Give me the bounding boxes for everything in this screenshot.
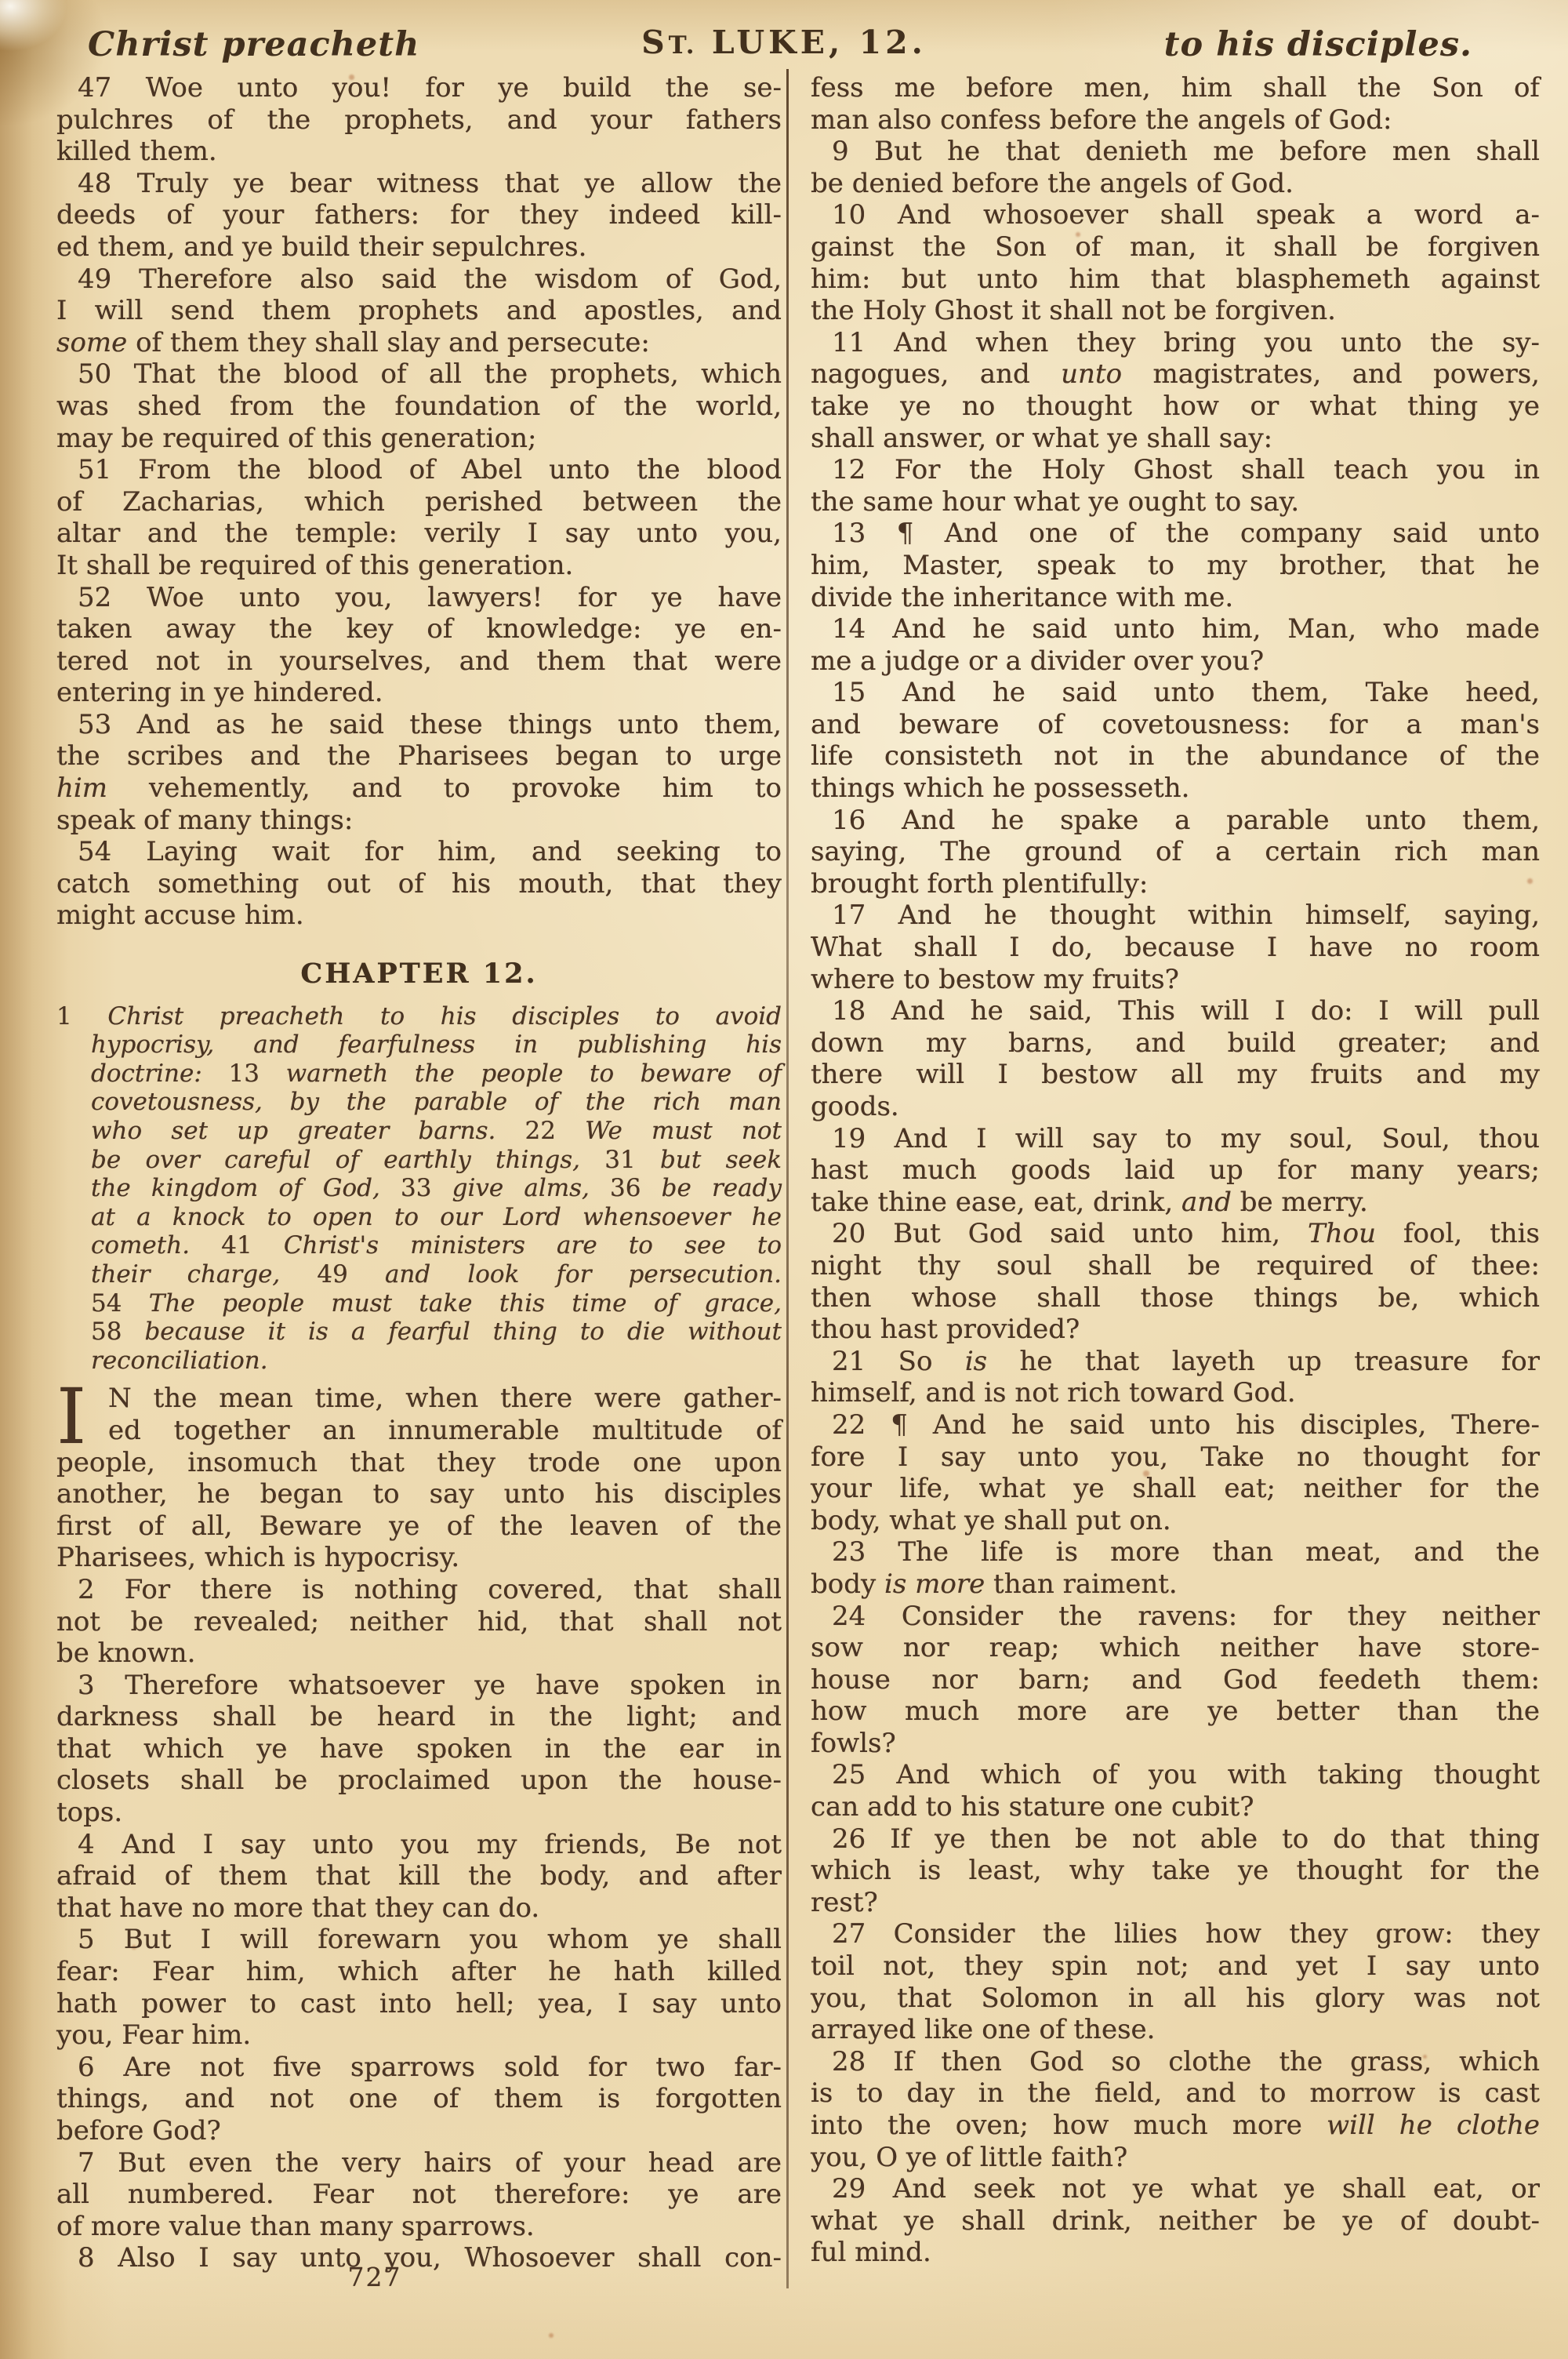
text-line: 28 If then God so clothe the grass, whic… <box>811 2046 1540 2078</box>
text-line: saying, The ground of a certain rich man <box>811 836 1540 868</box>
text-line: gainst the Son of man, it shall be forgi… <box>811 231 1540 264</box>
text-line: at a knock to open to our Lord whensoeve… <box>56 1203 782 1232</box>
text-line: 18 And he said, This will I do: I will p… <box>811 995 1540 1027</box>
text-line: 15 And he said unto them, Take heed, <box>811 677 1540 709</box>
italic-text: The people must take this time of grace, <box>149 1289 782 1318</box>
text-line: 11 And when they bring you unto the sy- <box>811 327 1540 359</box>
text-line: him vehemently, and to provoke him to <box>56 772 782 805</box>
text-line: that which ye have spoken in the ear in <box>56 1733 782 1765</box>
text-line: hath power to cast into hell; yea, I say… <box>56 1988 782 2020</box>
verse-block: 48 Truly ye bear witness that ye allow t… <box>56 168 782 264</box>
text-line: first of all, Beware ye of the leaven of… <box>56 1510 782 1543</box>
text-line: who set up greater barns. 22 We must not <box>56 1117 782 1146</box>
text-line: which is least, why take ye thought for … <box>811 1855 1540 1887</box>
italic-text: covetousness, by the parable of the rich… <box>91 1088 782 1116</box>
text-line: I will send them prophets and apostles, … <box>56 295 782 327</box>
text-line: their charge, 49 and look for persecutio… <box>56 1260 782 1289</box>
text-line: body, what ye shall put on. <box>811 1505 1540 1537</box>
text-line: the kingdom of God, 33 give alms, 36 be … <box>56 1174 782 1203</box>
text-line: 58 because it is a fearful thing to die … <box>56 1318 782 1347</box>
text-line: divide the inheritance with me. <box>811 582 1540 614</box>
page-number: 727 <box>320 2262 430 2292</box>
italic-text: Christ's ministers are to see to <box>284 1231 782 1259</box>
text-line: where to bestow my fruits? <box>811 964 1540 996</box>
verse-block: 2 For there is nothing covered, that sha… <box>56 1574 782 1670</box>
text-line: people, insomuch that they trode one upo… <box>56 1447 782 1479</box>
verse-block: 11 And when they bring you unto the sy-n… <box>811 327 1540 454</box>
verse-block: 10 And whosoever shall speak a word a-ga… <box>811 199 1540 326</box>
text-line: reconciliation. <box>56 1347 782 1376</box>
text-line: 6 Are not five sparrows sold for two far… <box>56 2052 782 2084</box>
italic-text: and <box>1181 1187 1232 1218</box>
text-line: thou hast provided? <box>811 1314 1540 1346</box>
text-line: 49 Therefore also said the wisdom of God… <box>56 264 782 296</box>
text-line: 48 Truly ye bear witness that ye allow t… <box>56 168 782 200</box>
italic-text: at a knock to open to our Lord whensoeve… <box>91 1203 782 1231</box>
text-line: speak of many things: <box>56 805 782 837</box>
text-line: hypocrisy, and fearfulness in publishing… <box>56 1030 782 1060</box>
italic-text: Thou <box>1308 1218 1376 1249</box>
text-line: closets shall be proclaimed upon the hou… <box>56 1765 782 1797</box>
text-line: night thy soul shall be required of thee… <box>811 1250 1540 1282</box>
text-line: some of them they shall slay and persecu… <box>56 327 782 359</box>
text-line: rest? <box>811 1887 1540 1919</box>
text-line: goods. <box>811 1091 1540 1123</box>
text-line: you, that Solomon in all his glory was n… <box>811 1983 1540 2015</box>
text-line: can add to his stature one cubit? <box>811 1791 1540 1823</box>
text-line: down my barns, and build greater; and <box>811 1027 1540 1060</box>
text-line: be denied before the angels of God. <box>811 168 1540 200</box>
text-line: toil not, they spin not; and yet I say u… <box>811 1950 1540 1983</box>
drop-cap: I <box>56 1379 86 1455</box>
text-line: things, and not one of them is forgotten <box>56 2083 782 2115</box>
text-line: 13 ¶ And one of the company said unto <box>811 518 1540 550</box>
text-line: body is more than raiment. <box>811 1568 1540 1601</box>
text-line: It shall be required of this generation. <box>56 550 782 582</box>
text-line: 54 The people must take this time of gra… <box>56 1289 782 1318</box>
text-line: killed them. <box>56 136 782 168</box>
verse-block: 49 Therefore also said the wisdom of God… <box>56 264 782 359</box>
verse-block: 23 The life is more than meat, and thebo… <box>811 1536 1540 1600</box>
verse-block: 19 And I will say to my soul, Soul, thou… <box>811 1123 1540 1219</box>
verse-block: 6 Are not five sparrows sold for two far… <box>56 2052 782 2147</box>
text-line: cometh. 41 Christ's ministers are to see… <box>56 1231 782 1260</box>
text-line: that have no more that they can do. <box>56 1892 782 1925</box>
verse-block: 18 And he said, This will I do: I will p… <box>811 995 1540 1122</box>
text-line: your life, what ye shall eat; neither fo… <box>811 1473 1540 1505</box>
text-line: fore I say unto you, Take no thought for <box>811 1441 1540 1474</box>
italic-text: be ready <box>662 1174 782 1202</box>
dropcap-paragraph: IN the mean time, when there were gather… <box>56 1383 782 1574</box>
text-line: 1 Christ preacheth to his disciples to a… <box>56 1002 782 1031</box>
text-line: 4 And I say unto you my friends, Be not <box>56 1829 782 1861</box>
verse-block: 4 And I say unto you my friends, Be nota… <box>56 1829 782 1925</box>
foxing-speck <box>549 2333 554 2338</box>
text-line: 51 From the blood of Abel unto the blood <box>56 454 782 486</box>
verse-block: 54 Laying wait for him, and seeking toca… <box>56 836 782 932</box>
verse-block: 9 But he that denieth me before men shal… <box>811 136 1540 199</box>
italic-text: because it is a fearful thing to die wit… <box>144 1318 782 1346</box>
text-line: before God? <box>56 2115 782 2147</box>
text-line: fowls? <box>811 1728 1540 1760</box>
text-line: 29 And seek not ye what ye shall eat, or <box>811 2173 1540 2205</box>
text-line: ed them, and ye build their sepulchres. <box>56 231 782 264</box>
text-line: you, Fear him. <box>56 2019 782 2052</box>
running-head-center-smallcap: T. <box>669 31 697 60</box>
text-line: what ye shall drink, neither be ye of do… <box>811 2205 1540 2237</box>
text-line: 2 For there is nothing covered, that sha… <box>56 1574 782 1606</box>
italic-text: him <box>56 772 107 804</box>
italic-text: We must not <box>585 1117 782 1145</box>
text-line: 23 The life is more than meat, and the <box>811 1536 1540 1568</box>
running-head-center-rest: LUKE, 12. <box>697 24 927 61</box>
text-line: and beware of covetousness: for a man's <box>811 709 1540 741</box>
text-line: of Zacharias, which perished between the <box>56 486 782 518</box>
text-line: brought forth plentifully: <box>811 868 1540 900</box>
text-line: into the oven; how much more will he clo… <box>811 2110 1540 2142</box>
text-line: sow nor reap; which neither have store- <box>811 1632 1540 1664</box>
text-line: 25 And which of you with taking thought <box>811 1759 1540 1791</box>
text-line: him, Master, speak to my brother, that h… <box>811 550 1540 582</box>
column-right: fess me before men, him shall the Son of… <box>811 72 1540 2269</box>
verse-block: 51 From the blood of Abel unto the blood… <box>56 454 782 581</box>
text-line: himself, and is not rich toward God. <box>811 1377 1540 1409</box>
verse-block: 22 ¶ And he said unto his disciples, The… <box>811 1409 1540 1536</box>
italic-text: some <box>56 327 127 358</box>
italic-text: is more <box>884 1568 985 1600</box>
text-line: 50 That the blood of all the prophets, w… <box>56 358 782 391</box>
verse-block: 15 And he said unto them, Take heed,and … <box>811 677 1540 804</box>
text-line: the Holy Ghost it shall not be forgiven. <box>811 295 1540 327</box>
text-line: What shall I do, because I have no room <box>811 932 1540 964</box>
text-line: tops. <box>56 1797 782 1829</box>
text-line: 47 Woe unto you! for ye build the se- <box>56 72 782 104</box>
text-line: may be required of this generation; <box>56 423 782 455</box>
text-line: him: but unto him that blasphemeth again… <box>811 264 1540 296</box>
text-line: 17 And he thought within himself, saying… <box>811 900 1540 932</box>
text-line: is to day in the field, and to morrow is… <box>811 2077 1540 2110</box>
text-line: nagogues, and unto magistrates, and powe… <box>811 358 1540 391</box>
verse-block: 53 And as he said these things unto them… <box>56 709 782 836</box>
text-line: 22 ¶ And he said unto his disciples, The… <box>811 1409 1540 1441</box>
text-line: 54 Laying wait for him, and seeking to <box>56 836 782 868</box>
text-line: of more value than many sparrows. <box>56 2211 782 2243</box>
text-line: then whose shall those things be, which <box>811 1282 1540 1314</box>
column-divider-rule <box>786 69 789 2288</box>
verse-block: 26 If ye then be not able to do that thi… <box>811 1823 1540 1919</box>
text-line: be known. <box>56 1637 782 1670</box>
text-line: afraid of them that kill the body, and a… <box>56 1860 782 1892</box>
text-line: me a judge or a divider over you? <box>811 645 1540 678</box>
verse-block: 7 But even the very hairs of your head a… <box>56 2147 782 2243</box>
text-line: 14 And he said unto him, Man, who made <box>811 613 1540 645</box>
text-line: 9 But he that denieth me before men shal… <box>811 136 1540 168</box>
text-line: take ye no thought how or what thing ye <box>811 391 1540 423</box>
verse-block: 47 Woe unto you! for ye build the se-pul… <box>56 72 782 168</box>
verse-block: 21 So is he that layeth up treasure forh… <box>811 1346 1540 1409</box>
italic-text: cometh. <box>91 1231 221 1259</box>
verse-block: 17 And he thought within himself, saying… <box>811 900 1540 995</box>
verse-block: 13 ¶ And one of the company said untohim… <box>811 518 1540 613</box>
italic-text: unto <box>1061 358 1122 390</box>
text-line: 12 For the Holy Ghost shall teach you in <box>811 454 1540 486</box>
italic-text: their charge, <box>91 1260 317 1289</box>
italic-text: the kingdom of God, <box>91 1174 401 1202</box>
verse-block: 52 Woe unto you, lawyers! for ye havetak… <box>56 582 782 709</box>
text-line: darkness shall be heard in the light; an… <box>56 1701 782 1733</box>
text-line: 16 And he spake a parable unto them, <box>811 805 1540 837</box>
text-line: the same hour what ye ought to say. <box>811 486 1540 518</box>
text-line: another, he began to say unto his discip… <box>56 1478 782 1510</box>
text-line: 19 And I will say to my soul, Soul, thou <box>811 1123 1540 1155</box>
text-line: ed together an innumerable multitude of <box>56 1415 782 1447</box>
text-line: fear: Fear him, which after he hath kill… <box>56 1956 782 1988</box>
text-line: ful mind. <box>811 2237 1540 2269</box>
text-line: tered not in yourselves, and them that w… <box>56 645 782 678</box>
text-line: things which he possesseth. <box>811 772 1540 805</box>
text-line: 3 Therefore whatsoever ye have spoken in <box>56 1670 782 1702</box>
text-line: doctrine: 13 warneth the people to bewar… <box>56 1060 782 1089</box>
chapter-heading: CHAPTER 12. <box>56 958 782 990</box>
italic-text: give alms, <box>452 1174 610 1202</box>
text-line: all numbered. Fear not therefore: ye are <box>56 2179 782 2211</box>
text-line: 27 Consider the lilies how they grow: th… <box>811 1918 1540 1950</box>
text-line: shall answer, or what ye shall say: <box>811 423 1540 455</box>
text-line: house nor barn; and God feedeth them: <box>811 1664 1540 1696</box>
verse-block: 14 And he said unto him, Man, who mademe… <box>811 613 1540 677</box>
verse-block: 25 And which of you with taking thoughtc… <box>811 1759 1540 1823</box>
verse-block: 50 That the blood of all the prophets, w… <box>56 358 782 454</box>
text-line: entering in ye hindered. <box>56 677 782 709</box>
verse-block: 20 But God said unto him, Thou fool, thi… <box>811 1218 1540 1345</box>
text-line: 52 Woe unto you, lawyers! for ye have <box>56 582 782 614</box>
italic-text: hypocrisy, and fearfulness in publishing… <box>91 1030 782 1059</box>
text-line: 26 If ye then be not able to do that thi… <box>811 1823 1540 1856</box>
italic-text: warneth the people to beware of <box>286 1060 782 1088</box>
text-line: hast much goods laid up for many years; <box>811 1154 1540 1187</box>
text-line: how much more are ye better than the <box>811 1696 1540 1728</box>
text-line: deeds of your fathers: for they indeed k… <box>56 199 782 231</box>
text-line: might accuse him. <box>56 900 782 932</box>
text-line: there will I bestow all my fruits and my <box>811 1059 1540 1091</box>
running-head-right: to his disciples. <box>1164 25 1472 64</box>
verse-block: fess me before men, him shall the Son of… <box>811 72 1540 136</box>
italic-text: reconciliation. <box>91 1347 268 1375</box>
chapter-summary: 1 Christ preacheth to his disciples to a… <box>56 1002 782 1376</box>
text-line: 24 Consider the ravens: for they neither <box>811 1601 1540 1633</box>
text-line: 53 And as he said these things unto them… <box>56 709 782 741</box>
running-head-center-initial: S <box>641 24 669 61</box>
text-line: 20 But God said unto him, Thou fool, thi… <box>811 1218 1540 1250</box>
verse-block: 12 For the Holy Ghost shall teach you in… <box>811 454 1540 518</box>
italic-text: will he clothe <box>1327 2110 1540 2141</box>
italic-text: be over careful of earthly things, <box>91 1146 604 1174</box>
italic-text: but seek <box>660 1146 782 1174</box>
text-line: was shed from the foundation of the worl… <box>56 391 782 423</box>
verse-block: 16 And he spake a parable unto them,sayi… <box>811 805 1540 900</box>
verse-block: 28 If then God so clothe the grass, whic… <box>811 2046 1540 2173</box>
verse-block: 5 But I will forewarn you whom ye shallf… <box>56 1924 782 2051</box>
italic-text: is <box>965 1346 987 1377</box>
text-line: Pharisees, which is hypocrisy. <box>56 1542 782 1574</box>
text-line: 21 So is he that layeth up treasure for <box>811 1346 1540 1378</box>
scanned-bible-page: { "colors": { "ink": "#4a3423", "paper":… <box>0 0 1568 2359</box>
text-line: altar and the temple: verily I say unto … <box>56 518 782 550</box>
text-line: fess me before men, him shall the Son of <box>811 72 1540 104</box>
text-line: 10 And whosoever shall speak a word a- <box>811 199 1540 231</box>
italic-text: and look for persecution. <box>385 1260 782 1289</box>
verse-block: 29 And seek not ye what ye shall eat, or… <box>811 2173 1540 2269</box>
italic-text: who set up greater barns. <box>91 1117 525 1145</box>
text-line: taken away the key of knowledge: ye en- <box>56 613 782 645</box>
text-line: the scribes and the Pharisees began to u… <box>56 740 782 772</box>
text-line: man also confess before the angels of Go… <box>811 104 1540 136</box>
text-line: covetousness, by the parable of the rich… <box>56 1088 782 1117</box>
verse-block: 27 Consider the lilies how they grow: th… <box>811 1918 1540 2045</box>
text-line: you, O ye of little faith? <box>811 2142 1540 2174</box>
text-line: N the mean time, when there were gather- <box>56 1383 782 1415</box>
text-line: 7 But even the very hairs of your head a… <box>56 2147 782 2179</box>
text-line: 5 But I will forewarn you whom ye shall <box>56 1924 782 1956</box>
text-line: pulchres of the prophets, and your fathe… <box>56 104 782 136</box>
text-line: catch something out of his mouth, that t… <box>56 868 782 900</box>
text-line: not be revealed; neither hid, that shall… <box>56 1606 782 1638</box>
column-left: 47 Woe unto you! for ye build the se-pul… <box>56 72 782 2274</box>
text-line: life consisteth not in the abundance of … <box>811 740 1540 772</box>
text-line: be over careful of earthly things, 31 bu… <box>56 1146 782 1175</box>
italic-text: Christ preacheth to his disciples to avo… <box>107 1002 782 1030</box>
text-line: take thine ease, eat, drink, and be merr… <box>811 1187 1540 1219</box>
verse-block: 24 Consider the ravens: for they neither… <box>811 1601 1540 1760</box>
italic-text: doctrine: <box>91 1060 229 1088</box>
verse-block: 3 Therefore whatsoever ye have spoken in… <box>56 1670 782 1829</box>
text-line: arrayed like one of these. <box>811 2014 1540 2046</box>
